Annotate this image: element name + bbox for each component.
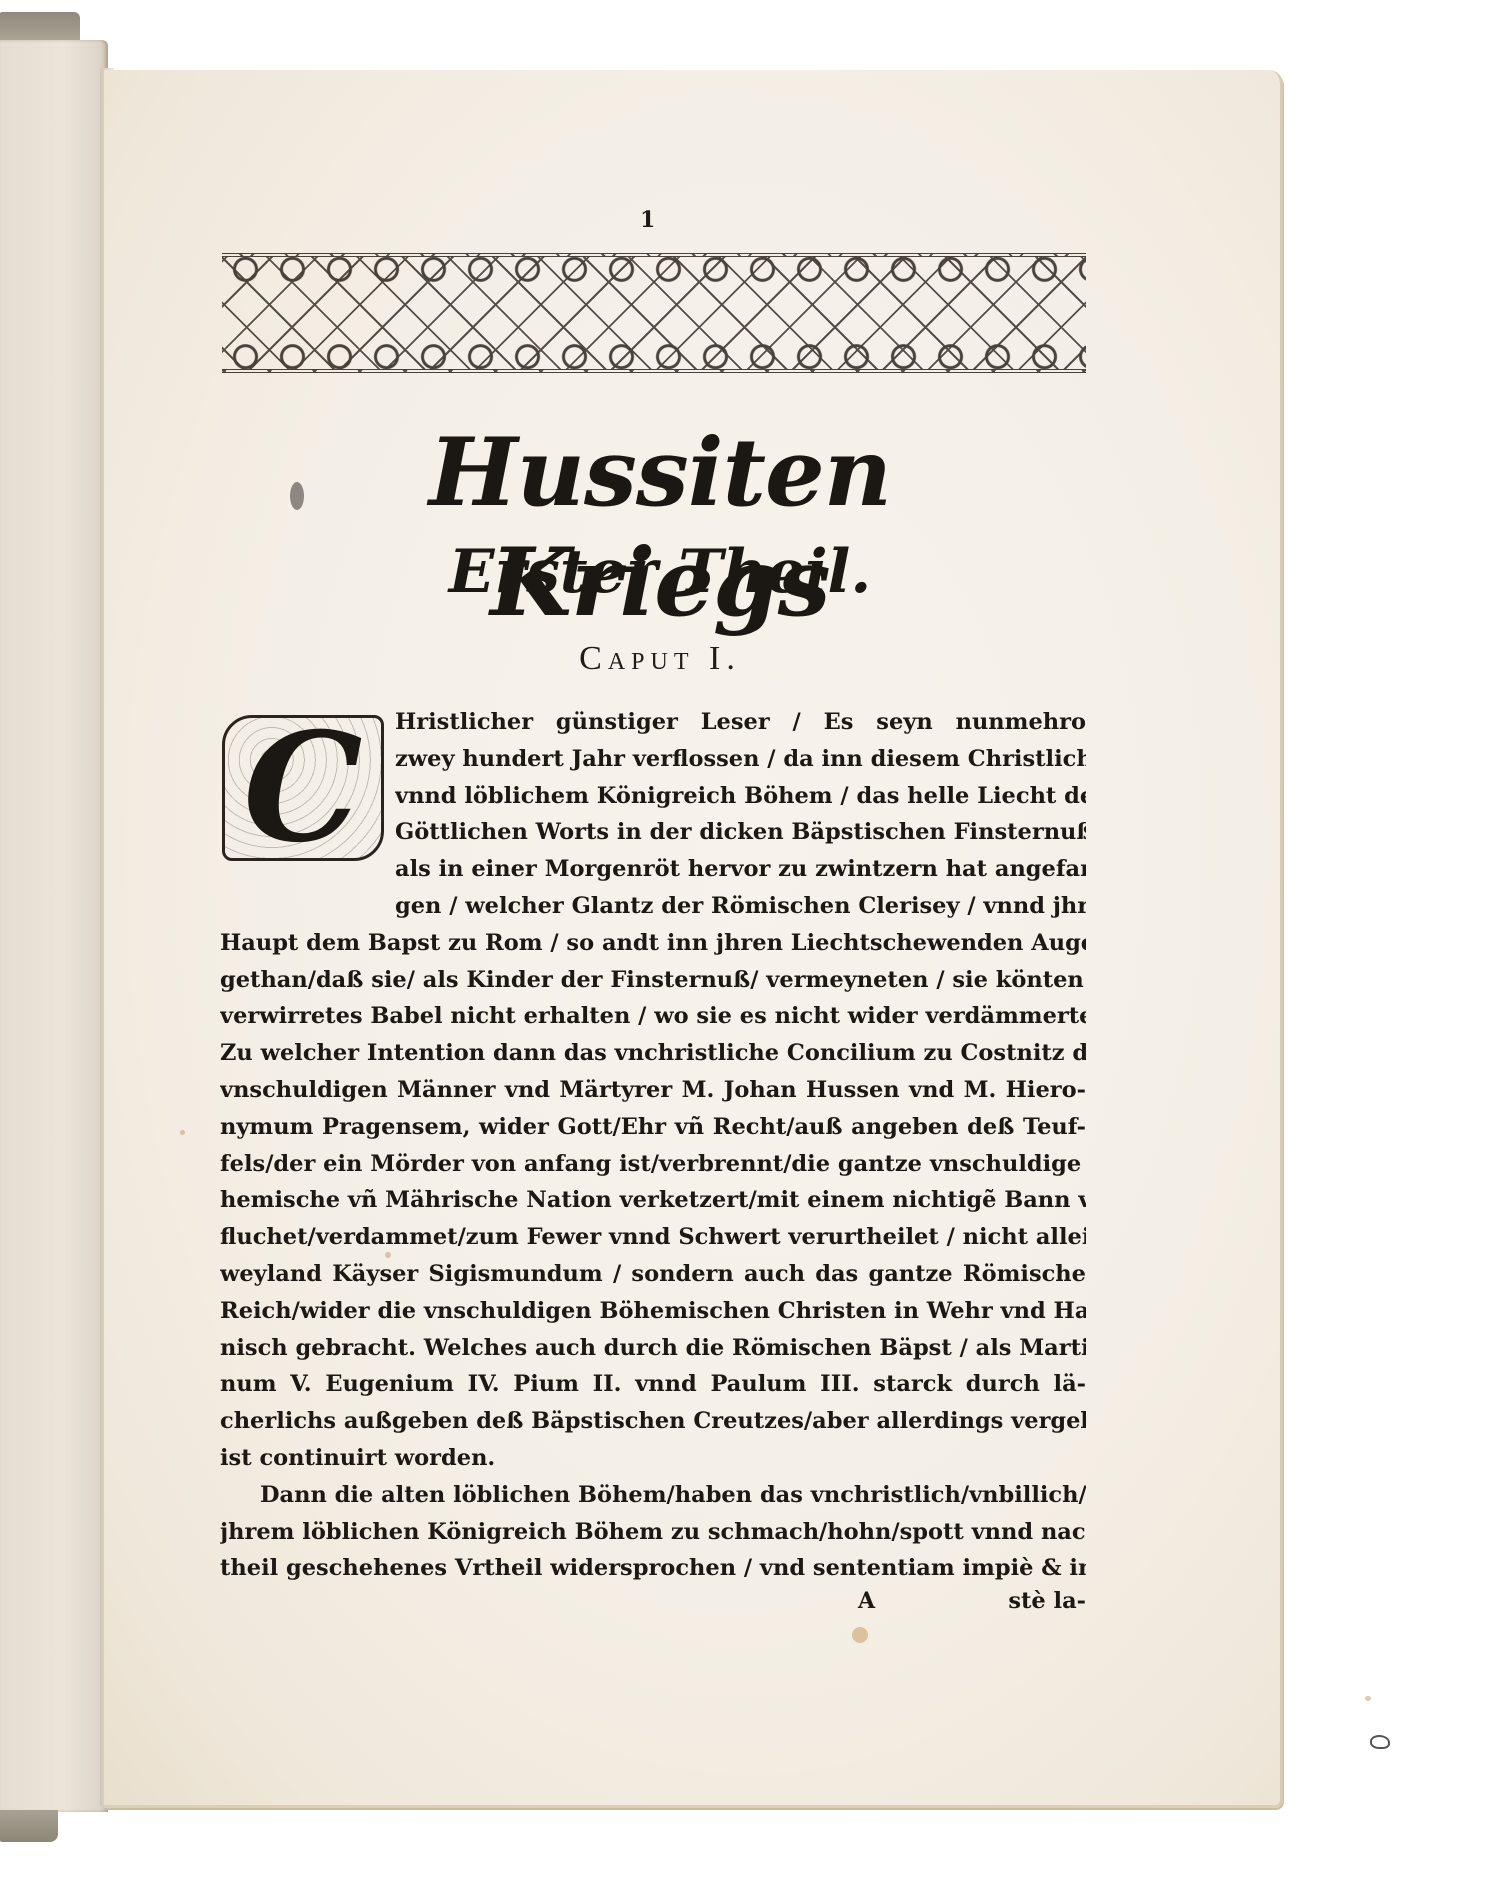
foxing-stain (180, 1130, 185, 1135)
text-line: nymum Pragensem, wider Gott/Ehr vñ Recht… (220, 1109, 1086, 1146)
decorative-headpiece-ornament-icon (222, 253, 1086, 373)
text-line: fels/der ein Mörder von anfang ist/verbr… (220, 1146, 1086, 1183)
catchword: stè la- (1008, 1588, 1086, 1614)
text-line: weyland Käyser Sigismundum / sondern auc… (220, 1256, 1086, 1293)
text-line: verwirretes Babel nicht erhalten / wo si… (220, 998, 1086, 1035)
text-line: nisch gebracht. Welches auch durch die R… (220, 1330, 1086, 1367)
text-line: gen / welcher Glantz der Römischen Cleri… (395, 888, 1086, 925)
page-footer: A stè la- (220, 1588, 1086, 1628)
text-line: theil geschehenes Vrtheil widersprochen … (220, 1550, 1086, 1587)
text-line: vnnd löblichem Königreich Böhem / das he… (395, 778, 1086, 815)
text-line: zwey hundert Jahr verflossen / da inn di… (395, 741, 1086, 778)
book-binding-bottom (0, 1810, 58, 1842)
text-line: Göttlichen Worts in der dicken Bäpstisch… (395, 814, 1086, 851)
text-line: Zu welcher Intention dann das vnchristli… (220, 1035, 1086, 1072)
text-line: ist continuirt worden. (220, 1440, 1086, 1477)
text-line: num V. Eugenium IV. Pium II. vnnd Paulum… (220, 1366, 1086, 1403)
foxing-stain (385, 1252, 391, 1258)
body-text: Hristlicher günstiger Leser / Es seyn nu… (220, 704, 1086, 1587)
left-page-edge (0, 40, 108, 1812)
text-line: Hristlicher günstiger Leser / Es seyn nu… (395, 704, 1086, 741)
text-line: Reich/wider die vnschuldigen Böhemischen… (220, 1293, 1086, 1330)
foxing-stain (852, 1627, 868, 1643)
text-line: gethan/daß sie/ als Kinder der Finsternu… (220, 962, 1086, 999)
page-subtitle: Erster Theil. (280, 537, 1040, 607)
text-line: Dann die alten löblichen Böhem/haben das… (220, 1477, 1086, 1514)
page-number: 1 (640, 207, 655, 233)
pencil-mark (1370, 1735, 1390, 1749)
text-line: fluchet/verdammet/zum Fewer vnnd Schwert… (220, 1219, 1086, 1256)
text-line: vnschuldigen Männer vnd Märtyrer M. Joha… (220, 1072, 1086, 1109)
chapter-heading: Caput I. (280, 640, 1040, 678)
text-line: jhrem löblichen Königreich Böhem zu schm… (220, 1514, 1086, 1551)
text-line: als in einer Morgenröt hervor zu zwintze… (395, 851, 1086, 888)
text-line: hemische vñ Mährische Nation verketzert/… (220, 1182, 1086, 1219)
foxing-stain (1365, 1696, 1371, 1701)
text-line: Haupt dem Bapst zu Rom / so andt inn jhr… (220, 925, 1086, 962)
signature-mark: A (858, 1588, 875, 1614)
text-line: cherlichs außgeben deß Bäpstischen Creut… (220, 1403, 1086, 1440)
